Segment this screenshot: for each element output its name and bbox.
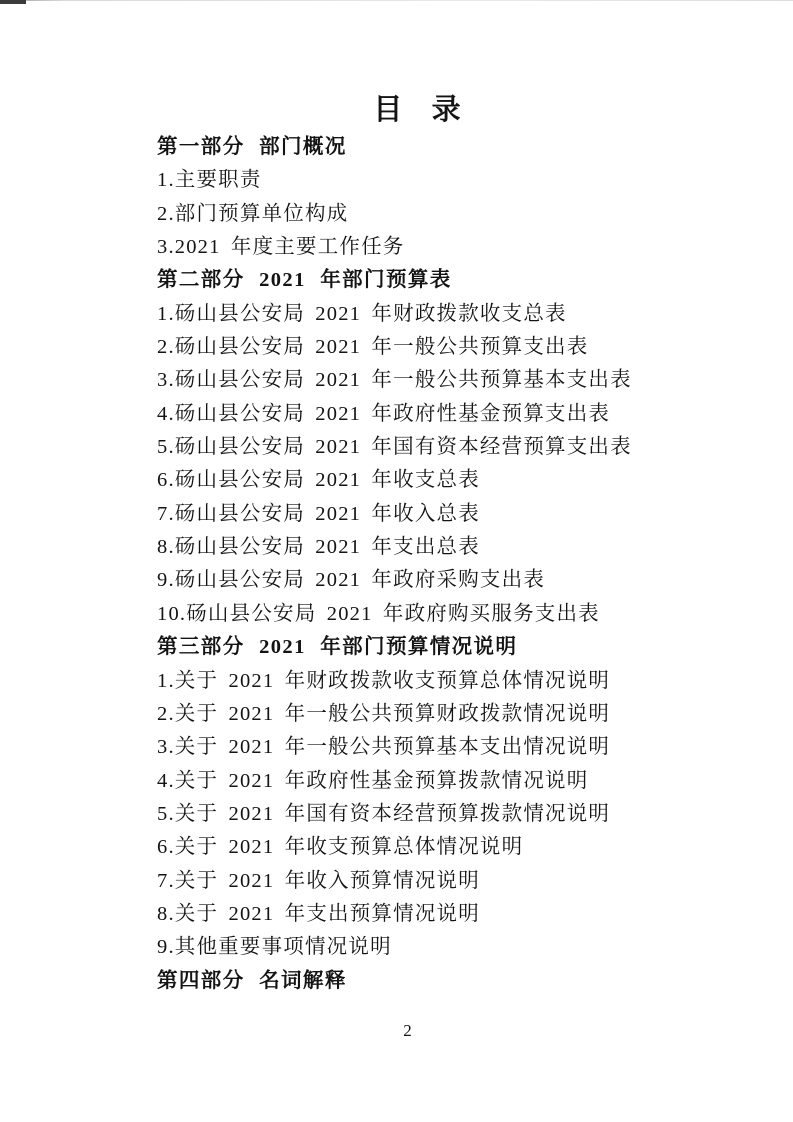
- toc-item: 6.砀山县公安局 2021 年收支总表: [157, 464, 717, 497]
- scan-artifact-corner: [0, 0, 26, 4]
- toc-item: 2.关于 2021 年一般公共预算财政拨款情况说明: [157, 698, 717, 731]
- toc-item: 1.关于 2021 年财政拨款收支预算总体情况说明: [157, 665, 717, 698]
- toc-item: 8.砀山县公安局 2021 年支出总表: [157, 531, 717, 564]
- toc-item: 9.其他重要事项情况说明: [157, 931, 717, 964]
- toc-item: 2.部门预算单位构成: [157, 198, 717, 231]
- toc-heading-part-1: 第一部分 部门概况: [157, 131, 717, 164]
- toc-item: 6.关于 2021 年收支预算总体情况说明: [157, 831, 717, 864]
- toc-item: 3.砀山县公安局 2021 年一般公共预算基本支出表: [157, 364, 717, 397]
- toc-title: 目 录: [155, 92, 682, 128]
- toc-heading-part-3: 第三部分 2021 年部门预算情况说明: [157, 631, 717, 664]
- toc-list: 第一部分 部门概况 1.主要职责 2.部门预算单位构成 3.2021 年度主要工…: [157, 131, 717, 998]
- toc-item: 4.关于 2021 年政府性基金预算拨款情况说明: [157, 765, 717, 798]
- toc-item: 9.砀山县公安局 2021 年政府采购支出表: [157, 564, 717, 597]
- toc-item: 10.砀山县公安局 2021 年政府购买服务支出表: [157, 598, 717, 631]
- toc-item: 7.关于 2021 年收入预算情况说明: [157, 865, 717, 898]
- page-number: 2: [155, 1020, 660, 1042]
- toc-item: 8.关于 2021 年支出预算情况说明: [157, 898, 717, 931]
- toc-item: 1.砀山县公安局 2021 年财政拨款收支总表: [157, 298, 717, 331]
- toc-item: 4.砀山县公安局 2021 年政府性基金预算支出表: [157, 398, 717, 431]
- toc-item: 5.关于 2021 年国有资本经营预算拨款情况说明: [157, 798, 717, 831]
- toc-item: 7.砀山县公安局 2021 年收入总表: [157, 498, 717, 531]
- toc-heading-part-4: 第四部分 名词解释: [157, 965, 717, 998]
- toc-item: 1.主要职责: [157, 164, 717, 197]
- document-page: 目 录 第一部分 部门概况 1.主要职责 2.部门预算单位构成 3.2021 年…: [0, 0, 793, 1122]
- toc-item: 3.关于 2021 年一般公共预算基本支出情况说明: [157, 731, 717, 764]
- toc-heading-part-2: 第二部分 2021 年部门预算表: [157, 264, 717, 297]
- scan-artifact-top-edge: [0, 0, 793, 1]
- toc-item: 3.2021 年度主要工作任务: [157, 231, 717, 264]
- toc-item: 5.砀山县公安局 2021 年国有资本经营预算支出表: [157, 431, 717, 464]
- toc-item: 2.砀山县公安局 2021 年一般公共预算支出表: [157, 331, 717, 364]
